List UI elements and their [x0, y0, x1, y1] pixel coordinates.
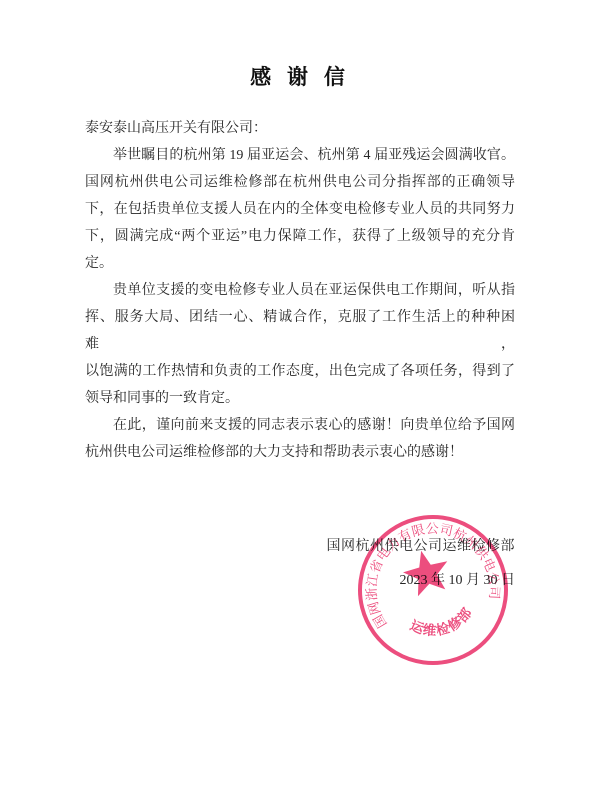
letter-line: 下，圆满完成“两个亚运”电力保障工作，获得了上级领导的充分肯 [85, 223, 515, 250]
letter-paragraphs: 举世瞩目的杭州第 19 届亚运会、杭州第 4 届亚残运会圆满收官。国网杭州供电公… [85, 142, 515, 466]
letter-line: 定。 [85, 250, 515, 277]
letter-body: 泰安泰山高压开关有限公司： 举世瞩目的杭州第 19 届亚运会、杭州第 4 届亚残… [85, 115, 515, 466]
letter-line: 挥、服务大局、团结一心、精诚合作，克服了工作生活上的种种困难， [85, 304, 515, 358]
date: 2023 年 10 月 30 日 [85, 570, 515, 592]
signature-block: 国网杭州供电公司运维检修部 2023 年 10 月 30 日 [85, 536, 515, 592]
letter-line: 在此，谨向前来支援的同志表示衷心的感谢！向贵单位给予国网 [85, 412, 515, 439]
salutation: 泰安泰山高压开关有限公司： [85, 115, 515, 142]
letter-line: 以饱满的工作热情和负责的工作态度，出色完成了各项任务，得到了 [85, 358, 515, 385]
letter-title: 感 谢 信 [85, 63, 515, 93]
seal-banner-text: 运维检修部 [405, 602, 479, 645]
letter-page: 感 谢 信 泰安泰山高压开关有限公司： 举世瞩目的杭州第 19 届亚运会、杭州第… [0, 0, 600, 800]
letter-line: 杭州供电公司运维检修部的大力支持和帮助表示衷心的感谢！ [85, 439, 515, 466]
letter-line: 举世瞩目的杭州第 19 届亚运会、杭州第 4 届亚残运会圆满收官。 [85, 142, 515, 169]
letter-line: 国网杭州供电公司运维检修部在杭州供电公司分指挥部的正确领导 [85, 169, 515, 196]
signature: 国网杭州供电公司运维检修部 [85, 536, 515, 558]
letter-line: 下，在包括贵单位支援人员在内的全体变电检修专业人员的共同努力 [85, 196, 515, 223]
letter-line: 贵单位支援的变电检修专业人员在亚运保供电工作期间，听从指 [85, 277, 515, 304]
letter-line: 领导和同事的一致肯定。 [85, 385, 515, 412]
